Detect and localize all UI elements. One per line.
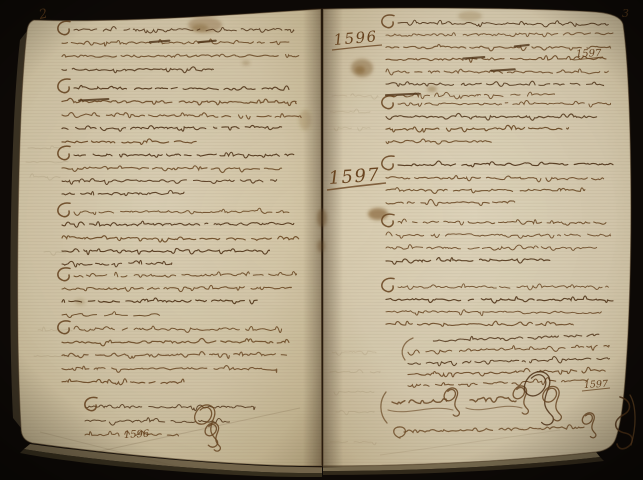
- manuscript-scan: 2 3 1596 1597 1597 1597 1596: [0, 0, 643, 480]
- photo-stage: 2 3 1596 1597 1597 1597 1596: [0, 0, 643, 480]
- photo-vignette: [0, 0, 643, 480]
